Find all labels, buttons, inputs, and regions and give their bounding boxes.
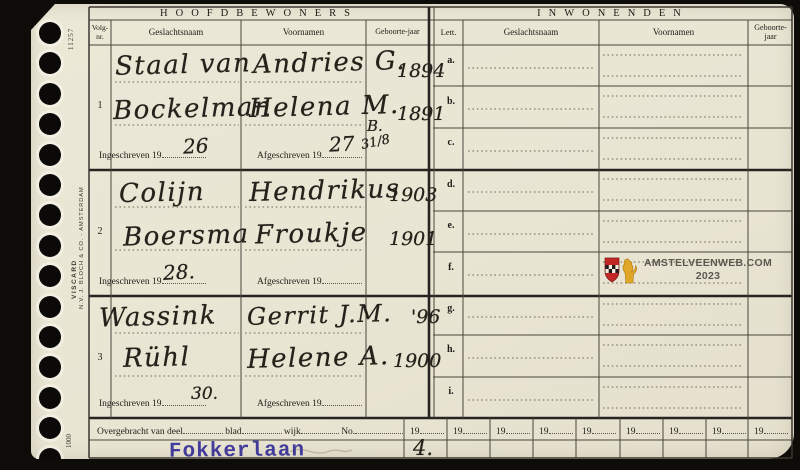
house-number: 4. [413,436,433,460]
group-2-surname-1: Colijn [119,177,206,209]
year-label: 19 [626,427,636,437]
section-title-inwonenden: INWONENDEN [434,7,792,20]
section-title-hoofdbewoners: HOOFDBEWONERS [89,7,429,20]
year-cell-7: 19 [669,424,703,437]
year-label: 19 [712,427,722,437]
register-card: 11257 VISCARD N.V. J. BLOCH & CO. - AMST… [31,4,794,459]
dotted-leader [183,424,223,434]
letter-row-h: h. [441,344,461,355]
group-3-surname-1: Wassink [99,300,218,333]
year-cell-8: 19 [712,424,746,437]
group-2-number: 2 [89,226,111,237]
letter-row-c: c. [441,137,461,148]
dotted-leader [636,424,660,434]
letter-row-e: e. [441,220,461,231]
dotted-leader [420,424,444,434]
column-header-lett: Lett. [434,20,463,45]
afgeschreven-text: Afgeschreven 19 [257,151,322,161]
group-1-birthyear-1: 1894 [397,60,445,82]
group-2-birthyear-1: 1903 [389,184,437,206]
dotted-leader [679,424,703,434]
coat-of-arms-icon [604,257,640,284]
group-1-birthyear-2: 1891 [397,103,445,125]
group-2-afgeschreven-label: Afgeschreven 19 [257,274,362,287]
watermark-text: AMSTELVEENWEB.COM 2023 [644,257,772,283]
letter-row-f: f. [441,262,461,273]
group-3-firstnames-2: Helene A. [247,341,390,375]
watermark-year: 2023 [644,270,772,283]
year-label: 19 [754,427,764,437]
group-2-ingeschreven-value: 28. [162,259,195,285]
ingeschreven-text: Ingeschreven 19 [99,277,162,287]
year-label: 19 [669,427,679,437]
year-cell-9: 19 [754,424,788,437]
year-label: 19 [539,427,549,437]
ingeschreven-text: Ingeschreven 19 [99,399,162,409]
year-cell-6: 19 [626,424,660,437]
column-header-birthyear-right: Geboorte-jaar [749,20,792,45]
dotted-leader [764,424,788,434]
transfer-row: Overgebracht van deel blad wijk No. [97,424,403,437]
watermark-site: AMSTELVEENWEB.COM [644,257,772,270]
year-cell-2: 19 [453,424,487,437]
group-1-firstnames-1: Andries G. [253,46,407,80]
dotted-leader [549,424,573,434]
transfer-label-blad: blad [225,427,241,437]
group-3-ingeschreven-value: 30. [191,384,218,404]
column-header-surname-left: Geslachtsnaam [111,20,241,45]
group-1-number: 1 [89,100,111,111]
column-header-firstnames-left: Voornamen [241,20,366,45]
group-1-note-top: B. [367,117,383,135]
letter-row-i: i. [441,386,461,397]
ingeschreven-text: Ingeschreven 19 [99,151,162,161]
group-1-afgeschreven-value: 27 [328,131,355,156]
transfer-label-deel: Overgebracht van deel [97,427,183,437]
dotted-leader [322,396,362,406]
letter-row-g: g. [441,303,461,314]
watermark: AMSTELVEENWEB.COM 2023 [604,257,772,284]
dotted-leader [322,274,362,284]
group-1-ingeschreven-value: 26 [182,133,209,158]
year-cell-3: 19 [496,424,530,437]
group-3-surname-2: Rühl [123,342,191,374]
afgeschreven-text: Afgeschreven 19 [257,277,322,287]
year-label: 19 [453,427,463,437]
group-3-birthyear-2: 1900 [393,350,441,372]
column-header-firstnames-right: Voornamen [599,20,748,45]
group-3-firstnames-1: Gerrit J.M. [247,299,393,331]
group-2-surname-2: Boersma [123,219,250,252]
dotted-leader [463,424,487,434]
dotted-leader [722,424,746,434]
afgeschreven-text: Afgeschreven 19 [257,399,322,409]
dotted-leader [301,424,339,434]
street-stamp: Fokkerlaan [169,439,305,463]
column-header-birthyear-left: Geboorte-jaar [368,20,427,45]
year-cell-4: 19 [539,424,573,437]
year-label: 19 [582,427,592,437]
group-2-firstnames-2: Froukje [255,218,368,251]
transfer-label-wijk: wijk [284,427,301,437]
group-3-birthyear-1: '96 [411,306,440,328]
transfer-label-no: No. [341,427,355,437]
letter-row-d: d. [441,179,461,190]
group-1-surname-1: Staal van [115,48,252,82]
dotted-leader [506,424,530,434]
group-2-firstnames-1: Hendrikus [249,174,401,208]
group-3-ingeschreven-label: Ingeschreven 19 [99,396,206,409]
dotted-leader [592,424,616,434]
lion-icon [623,259,637,283]
column-header-volgnr: Volg-nr. [89,20,111,45]
column-header-surname-right: Geslachtsnaam [463,20,599,45]
dotted-leader [242,424,282,434]
year-label: 19 [496,427,506,437]
year-cell-5: 19 [582,424,616,437]
group-2-birthyear-2: 1901 [389,228,437,250]
dotted-leader [355,424,403,434]
group-3-afgeschreven-label: Afgeschreven 19 [257,396,362,409]
group-3-number: 3 [89,352,111,363]
